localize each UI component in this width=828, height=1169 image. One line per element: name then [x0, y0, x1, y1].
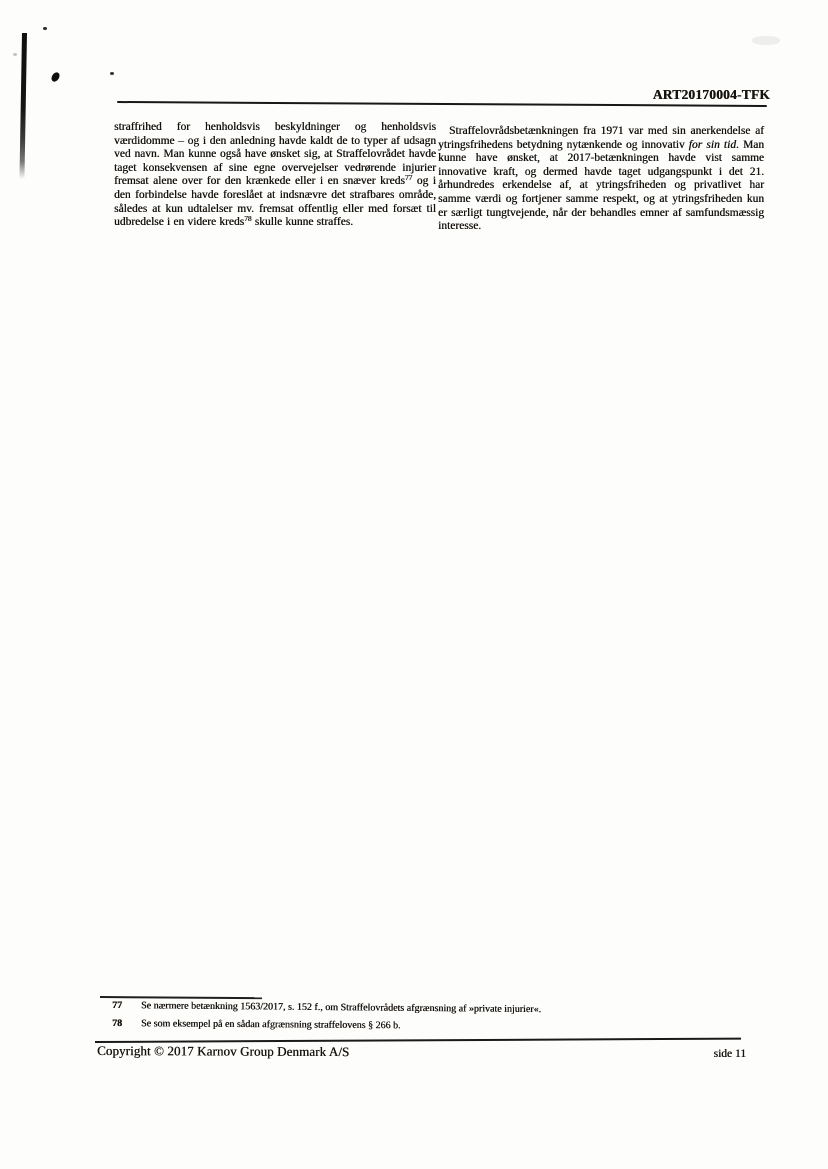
scanned-document-page: ART20170004-TFK straffrihed for henholds… [0, 0, 828, 1169]
footnote-separator-rule [100, 996, 262, 999]
scan-speck-dot [13, 53, 17, 56]
footnote-number: 77 [112, 1000, 141, 1012]
body-right-column: Straffelovrådsbetænkningen fra 1971 var … [438, 125, 764, 234]
page-number: side 11 [640, 1048, 746, 1060]
scan-speck-mark [50, 71, 61, 83]
document-reference: ART20170004-TFK [653, 87, 770, 103]
footnote: 77Se nærmere betænkning 1563/2017, s. 15… [112, 1000, 762, 1018]
copyright-line: Copyright © 2017 Karnov Group Denmark A/… [97, 1043, 349, 1060]
footnote-number: 78 [112, 1018, 141, 1030]
footnote-text: Se nærmere betænkning 1563/2017, s. 152 … [141, 1000, 541, 1015]
body-left-column: straffrihed for henholdsvis beskyldninge… [114, 121, 436, 230]
footnote-text: Se som eksempel på en sådan afgrænsning … [141, 1018, 401, 1031]
scan-smudge [752, 36, 780, 45]
scan-artifact-bar [19, 33, 27, 179]
scan-speck-dot [43, 27, 47, 30]
footnote: 78Se som eksempel på en sådan afgrænsnin… [112, 1018, 762, 1035]
scan-speck-dot [110, 72, 114, 75]
footer-rule [95, 1038, 741, 1044]
